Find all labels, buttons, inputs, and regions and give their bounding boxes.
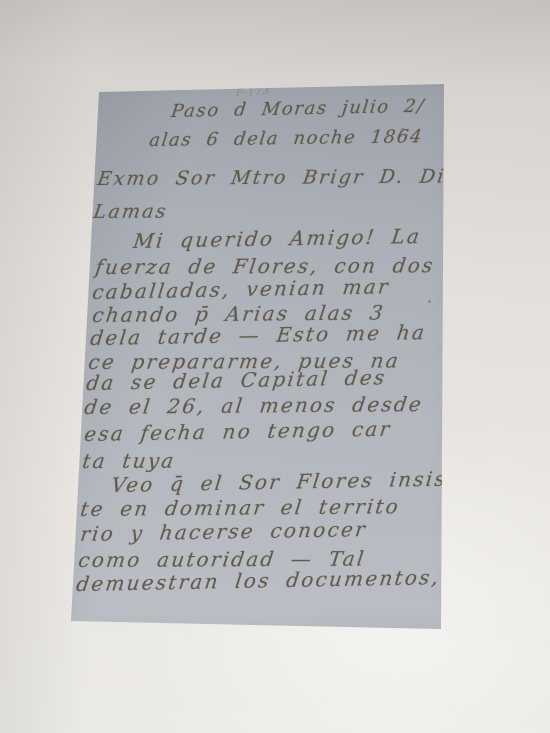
letter-line: caballadas, venian mar [91, 274, 391, 304]
pencil-note: F-173 [236, 86, 271, 99]
letter-dateline-1: Paso d Moras julio 2/ [170, 96, 426, 122]
letter-line: dela tarde — Esto me ha [89, 320, 428, 350]
letter-dateline-2: alas 6 dela noche 1864 [148, 126, 424, 151]
photo-surface: F-173 Paso d Moras julio 2/ alas 6 dela … [0, 0, 550, 733]
letter-line: esa fecha no tengo car [83, 417, 393, 446]
letter-line: ta tuya [81, 449, 177, 473]
letter-line: Veo q̄ el Sor Flores insis [110, 467, 449, 497]
letter-line: da se dela Capital des [85, 365, 388, 395]
letter-paper: F-173 Paso d Moras julio 2/ alas 6 dela … [60, 75, 455, 635]
foxing-spot [401, 128, 404, 131]
foxing-spot [406, 134, 408, 136]
letter-addressee-2: Lamas [92, 200, 169, 223]
letter-addressee-1: Exmo Sor Mtro Brigr D. Diego [96, 165, 489, 190]
letter-line: rio y hacerse conocer [79, 517, 368, 546]
foxing-spot [118, 587, 121, 589]
foxing-spot [428, 300, 431, 303]
letter-line: Mi querido Amigo! La [132, 224, 423, 253]
letter-line: de el 26, al menos desde [83, 392, 425, 419]
